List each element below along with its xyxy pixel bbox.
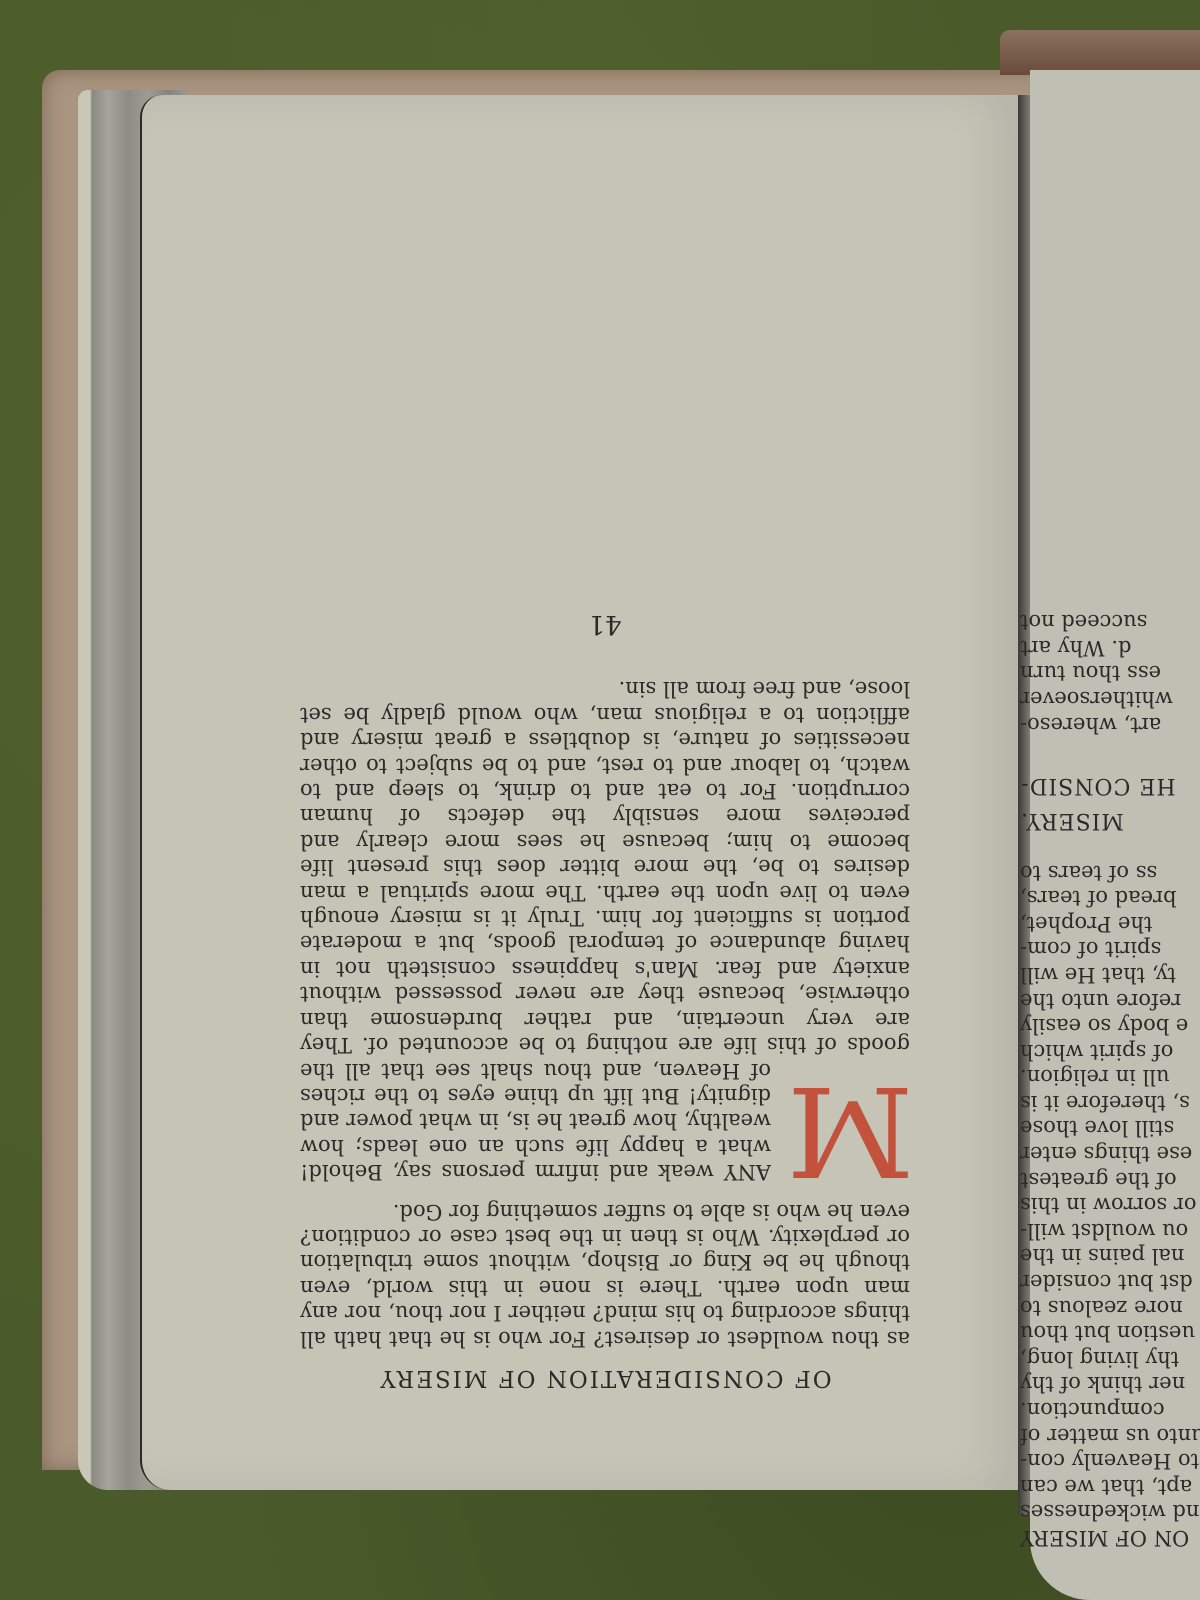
right-line: art, whereso- bbox=[1020, 711, 1200, 737]
right-line: nore zealous to bbox=[1020, 1294, 1200, 1320]
right-line: s, therefore it is bbox=[1020, 1089, 1200, 1115]
right-line: ss of tears to bbox=[1020, 859, 1200, 885]
right-line: or sorrow in this bbox=[1020, 1192, 1200, 1218]
right-line bbox=[1020, 833, 1200, 859]
right-chapter-title: MISERY. bbox=[1020, 808, 1200, 834]
right-line: uestion but thou bbox=[1020, 1320, 1200, 1346]
right-line: unto us matter of bbox=[1020, 1422, 1200, 1448]
left-page-text: OF CONSIDERATION OF MISERY as thou would… bbox=[300, 275, 910, 1390]
right-line: nal pains in the bbox=[1020, 1243, 1200, 1269]
right-line: ess thou turn bbox=[1020, 660, 1200, 686]
continuation-paragraph: as thou wouldest or desirest? For who is… bbox=[300, 1198, 910, 1350]
right-line: of the greatest bbox=[1020, 1166, 1200, 1192]
right-line: apt, that we can bbox=[1020, 1473, 1200, 1499]
right-line: ese things enter bbox=[1020, 1141, 1200, 1167]
right-chapter-title: HE CONSID- bbox=[1020, 772, 1200, 798]
right-line: ty, that He will bbox=[1020, 961, 1200, 987]
right-line: ou wouldst will- bbox=[1020, 1217, 1200, 1243]
right-page-text: ON OF MISERY and wickednesses apt, that … bbox=[1020, 300, 1200, 1550]
right-line: ON OF MISERY bbox=[1020, 1524, 1200, 1550]
right-line: ner think of thy bbox=[1020, 1371, 1200, 1397]
right-line: bread of tears, bbox=[1020, 885, 1200, 911]
running-head: OF CONSIDERATION OF MISERY bbox=[300, 1365, 910, 1390]
right-line: of spirit which bbox=[1020, 1038, 1200, 1064]
right-line: e body so easily bbox=[1020, 1013, 1200, 1039]
right-line: still love those bbox=[1020, 1115, 1200, 1141]
right-line: spirit of com- bbox=[1020, 936, 1200, 962]
page-number: 41 bbox=[300, 611, 910, 636]
right-line: ull in religion. bbox=[1020, 1064, 1200, 1090]
right-line: dst but consider bbox=[1020, 1268, 1200, 1294]
right-line: succeed not bbox=[1020, 609, 1200, 635]
right-line: the Prophet, bbox=[1020, 910, 1200, 936]
drop-cap: M bbox=[787, 1080, 914, 1180]
right-line: and wickednesses bbox=[1020, 1499, 1200, 1525]
right-line: whithersoever bbox=[1020, 685, 1200, 711]
right-line: to Heavenly con- bbox=[1020, 1448, 1200, 1474]
right-line: compunction. bbox=[1020, 1396, 1200, 1422]
right-line: refore unto the bbox=[1020, 987, 1200, 1013]
right-line: thy living long, bbox=[1020, 1345, 1200, 1371]
right-line: d. Why art bbox=[1020, 634, 1200, 660]
book-spine-top bbox=[1000, 30, 1200, 75]
right-line bbox=[1020, 737, 1200, 763]
